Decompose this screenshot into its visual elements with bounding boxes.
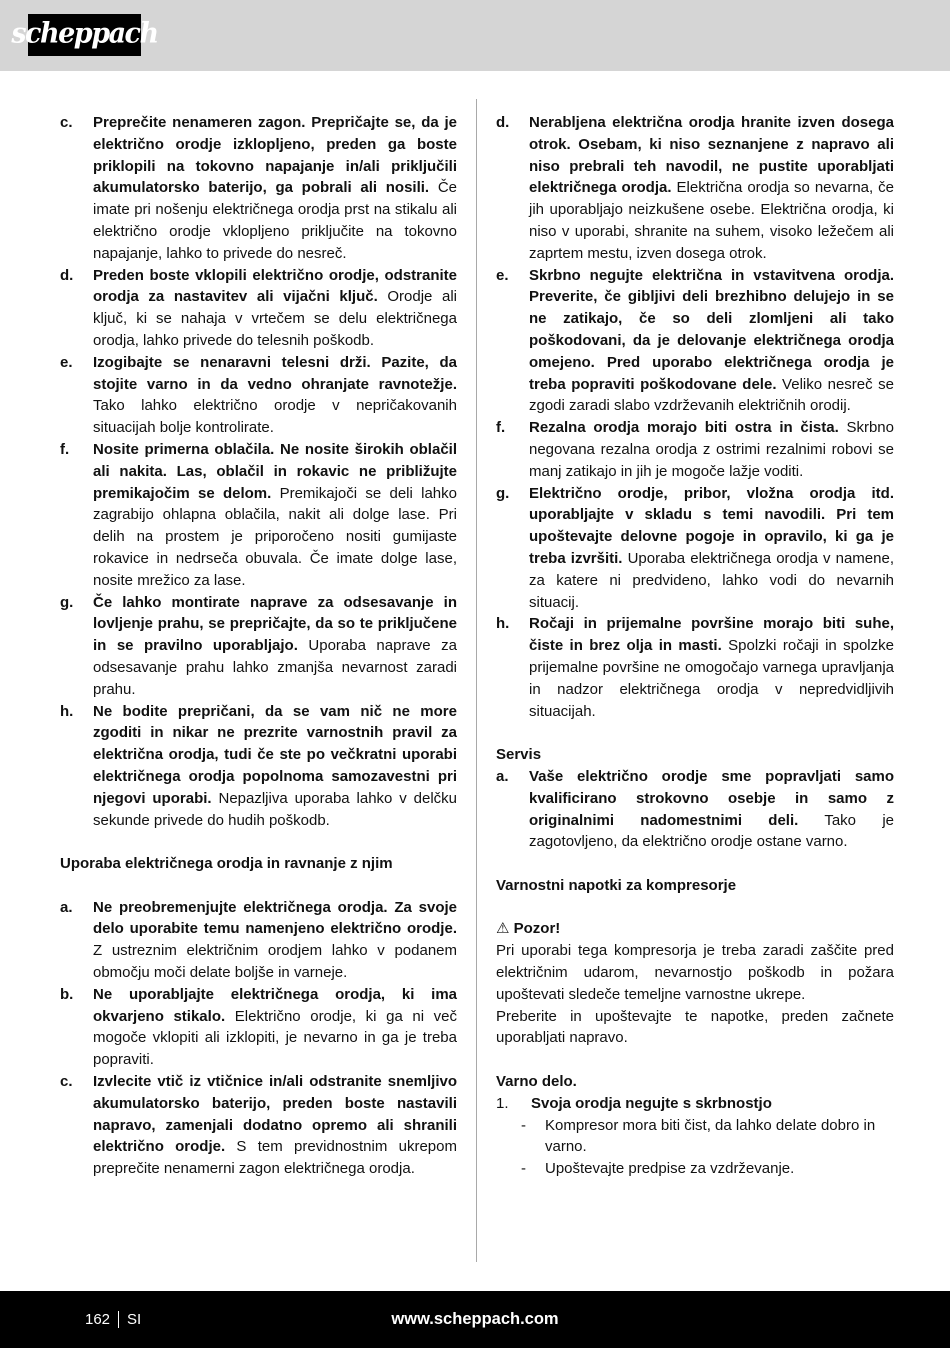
item-label: d. [60,265,93,352]
page-number: 162 [85,1311,110,1328]
list-item: f.Rezalna orodja morajo biti ostra in či… [496,417,894,482]
item-label: g. [60,592,93,701]
item-label: f. [60,439,93,592]
item-text: Upoštevajte predpise za vzdrževanje. [545,1158,894,1180]
item-text: Električno orodje, pribor, vložna orodja… [529,483,894,614]
list-item: g.Električno orodje, pribor, vložna orod… [496,483,894,614]
spacer [496,853,894,875]
item-text: Ne bodite prepričani, da se vam nič ne m… [93,701,457,832]
item-label: - [521,1115,545,1159]
paragraph: Preberite in upoštevajte te napotke, pre… [496,1006,894,1050]
list-item: a.Vaše električno orodje sme popravljati… [496,766,894,853]
list-item: 1.Svoja orodja negujte s skrbnostjo [496,1093,894,1115]
warning-triangle-icon: ⚠ [496,919,509,937]
section-heading: Varnostni napotki za kompresorje [496,875,894,897]
scheppach-logo: scheppach [28,14,141,56]
list-item: c.Izvlecite vtič iz vtičnice in/ali odst… [60,1071,457,1180]
spacer [496,1049,894,1071]
item-label: h. [496,613,529,722]
item-label: 1. [496,1093,531,1115]
list-item: e.Skrbno negujte električna in vstavitve… [496,265,894,418]
warning-line: ⚠ Pozor! [496,918,894,940]
column-divider [476,99,477,1262]
item-regular-text: Tako lahko električno orodje v nepričako… [93,397,457,436]
list-item: d.Preden boste vklopili električno orodj… [60,265,457,352]
right-column: d.Nerabljena električna orodja hranite i… [496,112,894,1262]
item-text: Kompresor mora biti čist, da lahko delat… [545,1115,894,1159]
item-label: a. [60,897,93,984]
item-label: - [521,1158,545,1180]
item-label: c. [60,112,93,265]
list-item: c.Preprečite nenameren zagon. Prepričajt… [60,112,457,265]
warning-label: Pozor! [514,920,561,937]
item-text: Nerabljena električna orodja hranite izv… [529,112,894,265]
spacer [496,722,894,744]
list-item: a.Ne preobremenjujte električnega orodja… [60,897,457,984]
item-bold-text: Ne preobremenjujte električnega orodja. … [93,899,457,938]
list-item: h.Ne bodite prepričani, da se vam nič ne… [60,701,457,832]
item-text: Nosite primerna oblačila. Ne nosite širo… [93,439,457,592]
item-label: g. [496,483,529,614]
item-text: Preprečite nenameren zagon. Prepričajte … [93,112,457,265]
item-bold-text: Skrbno negujte električna in vstavitvena… [529,267,894,393]
item-regular-text: Kompresor mora biti čist, da lahko delat… [545,1117,875,1156]
item-bold-text: Svoja orodja negujte s skrbnostjo [531,1095,772,1112]
footer-page-info: 162 SI [85,1311,141,1328]
paragraph: Pri uporabi tega kompresorja je treba za… [496,940,894,1005]
list-item: -Kompresor mora biti čist, da lahko dela… [521,1115,894,1159]
item-text: Preden boste vklopili električno orodje,… [93,265,457,352]
item-regular-text: Z ustreznim električnim orodjem lahko v … [93,942,457,981]
item-bold-text: Izogibajte se nenaravni telesni drži. Pa… [93,354,457,393]
list-item: b.Ne uporabljajte električnega orodja, k… [60,984,457,1071]
item-label: f. [496,417,529,482]
footer-separator [118,1311,119,1328]
item-bold-text: Rezalna orodja morajo biti ostra in čist… [529,419,839,436]
item-bold-text: Preprečite nenameren zagon. Prepričajte … [93,114,457,196]
section-heading: Servis [496,744,894,766]
item-text: Izvlecite vtič iz vtičnice in/ali odstra… [93,1071,457,1180]
page-content: c.Preprečite nenameren zagon. Prepričajt… [0,71,950,1262]
item-label: c. [60,1071,93,1180]
manual-page: scheppach c.Preprečite nenameren zagon. … [0,0,950,1348]
list-item: g.Če lahko montirate naprave za odsesava… [60,592,457,701]
item-text: Če lahko montirate naprave za odsesavanj… [93,592,457,701]
list-item: f.Nosite primerna oblačila. Ne nosite ši… [60,439,457,592]
spacer [60,831,457,853]
spacer [496,897,894,919]
item-label: h. [60,701,93,832]
section-heading: Uporaba električnega orodja in ravnanje … [60,853,457,875]
item-regular-text: Upoštevajte predpise za vzdrževanje. [545,1160,794,1177]
language-code: SI [127,1311,141,1328]
logo-text: scheppach [11,17,157,53]
website-text: www.scheppach.com [0,1310,950,1329]
item-label: b. [60,984,93,1071]
item-label: a. [496,766,529,853]
item-label: d. [496,112,529,265]
page-header: scheppach [0,0,950,71]
item-text: Ne preobremenjujte električnega orodja. … [93,897,457,984]
item-label: e. [496,265,529,418]
item-text: Ne uporabljajte električnega orodja, ki … [93,984,457,1071]
item-text: Vaše električno orodje sme popravljati s… [529,766,894,853]
list-item: -Upoštevajte predpise za vzdrževanje. [521,1158,894,1180]
spacer [60,875,457,897]
item-text: Rezalna orodja morajo biti ostra in čist… [529,417,894,482]
list-item: d.Nerabljena električna orodja hranite i… [496,112,894,265]
item-text: Svoja orodja negujte s skrbnostjo [531,1093,894,1115]
page-footer: 162 SI www.scheppach.com [0,1291,950,1348]
item-text: Ročaji in prijemalne površine morajo bit… [529,613,894,722]
list-item: e.Izogibajte se nenaravni telesni drži. … [60,352,457,439]
left-column: c.Preprečite nenameren zagon. Prepričajt… [60,112,457,1262]
item-label: e. [60,352,93,439]
item-text: Izogibajte se nenaravni telesni drži. Pa… [93,352,457,439]
section-heading: Varno delo. [496,1071,894,1093]
list-item: h.Ročaji in prijemalne površine morajo b… [496,613,894,722]
item-text: Skrbno negujte električna in vstavitvena… [529,265,894,418]
